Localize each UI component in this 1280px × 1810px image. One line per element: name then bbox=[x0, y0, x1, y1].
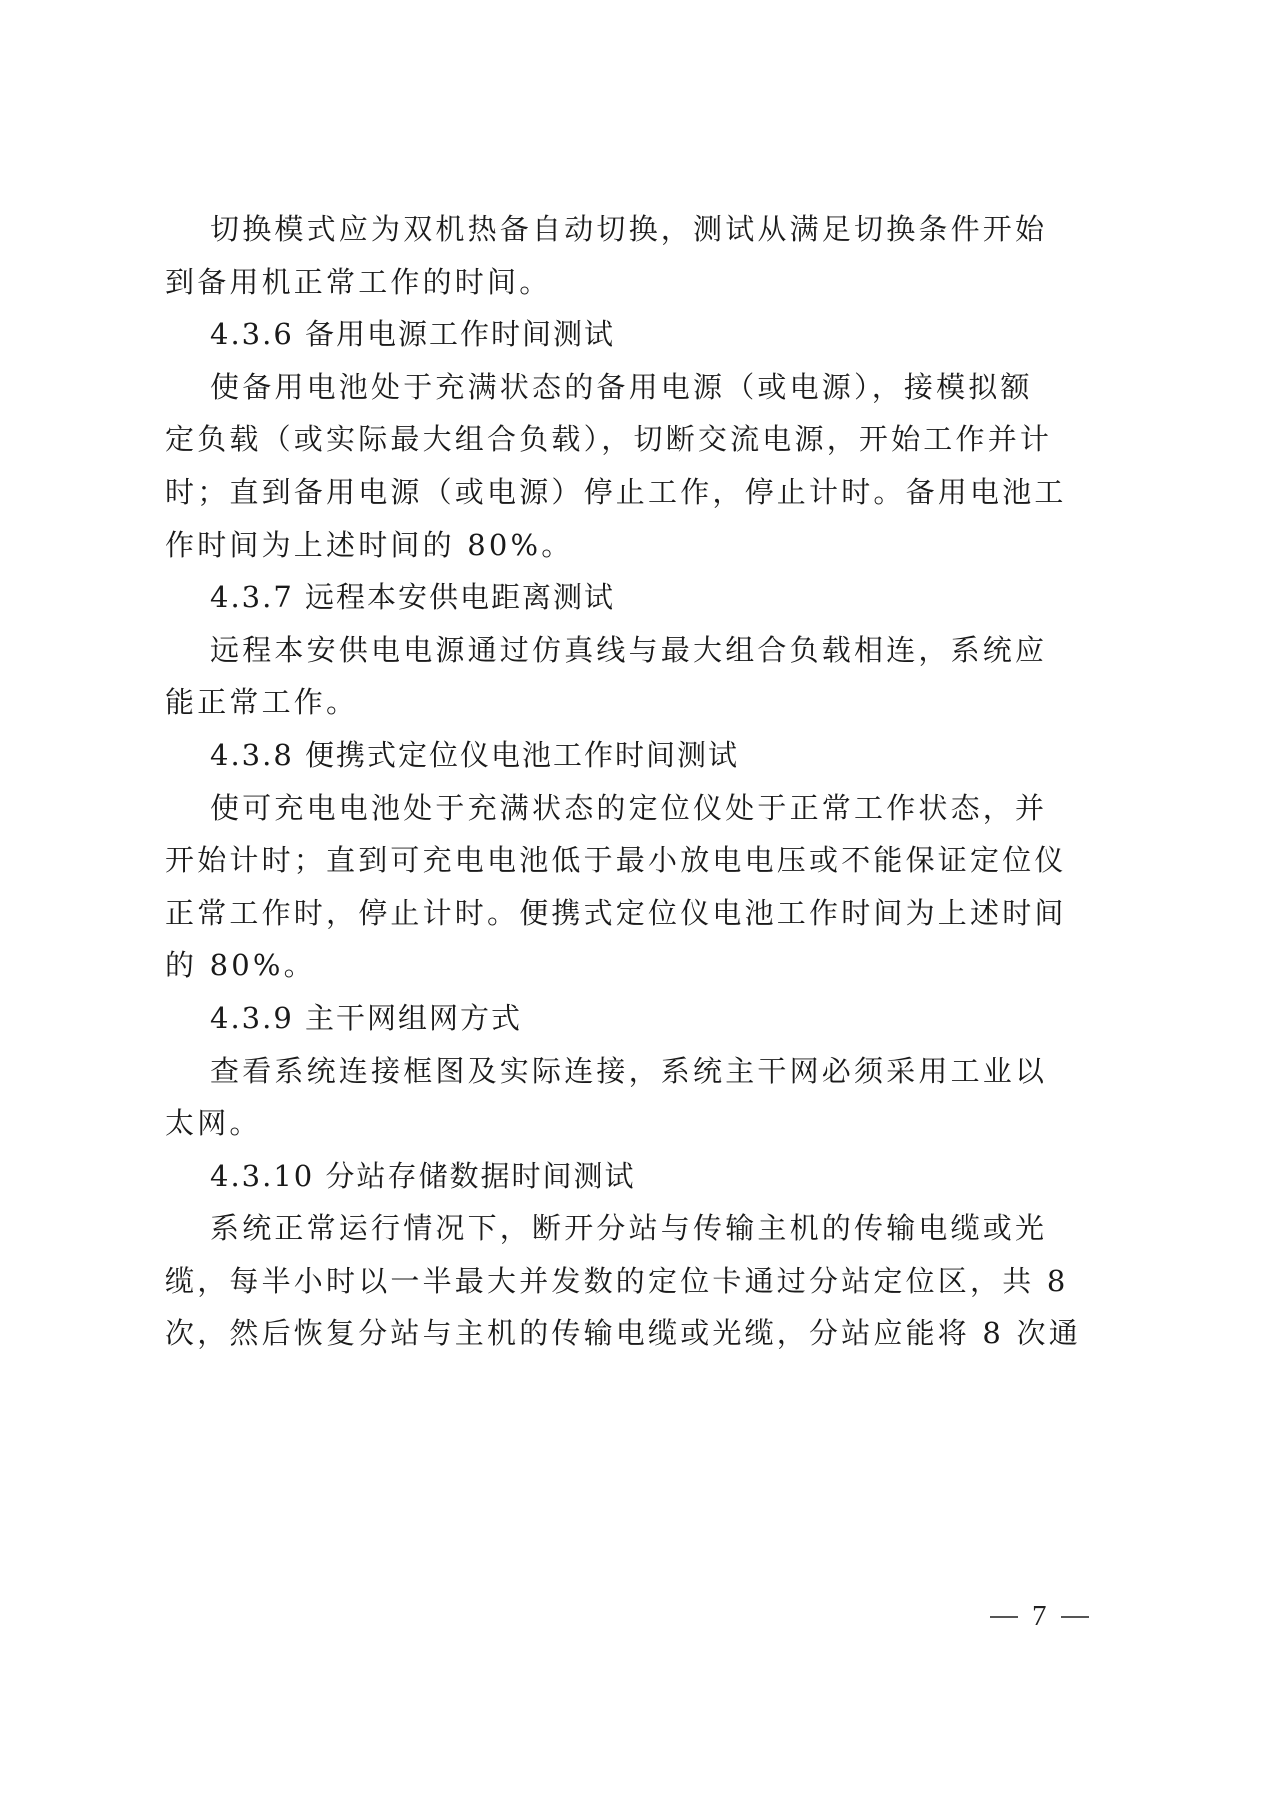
paragraph-line: 查看系统连接框图及实际连接，系统主干网必须采用工业以 bbox=[165, 1045, 975, 1098]
paragraph-line: 作时间为上述时间的 80%。 bbox=[165, 519, 975, 572]
document-page: 切换模式应为双机热备自动切换，测试从满足切换条件开始 到备用机正常工作的时间。 … bbox=[0, 0, 1280, 1810]
section-heading-4-3-6: 4.3.6 备用电源工作时间测试 bbox=[165, 308, 975, 361]
paragraph-line: 系统正常运行情况下，断开分站与传输主机的传输电缆或光 bbox=[165, 1202, 975, 1255]
paragraph-line: 开始计时；直到可充电电池低于最小放电电压或不能保证定位仪 bbox=[165, 834, 975, 887]
page-number-dash-left bbox=[990, 1616, 1018, 1618]
paragraph-line: 切换模式应为双机热备自动切换，测试从满足切换条件开始 bbox=[165, 203, 975, 256]
paragraph-line: 太网。 bbox=[165, 1097, 975, 1150]
paragraph-line: 到备用机正常工作的时间。 bbox=[165, 256, 975, 309]
paragraph-line: 远程本安供电电源通过仿真线与最大组合负载相连，系统应 bbox=[165, 624, 975, 677]
paragraph-line: 定负载（或实际最大组合负载），切断交流电源，开始工作并计 bbox=[165, 413, 975, 466]
paragraph-line: 次，然后恢复分站与主机的传输电缆或光缆，分站应能将 8 次通 bbox=[165, 1307, 975, 1360]
document-body: 切换模式应为双机热备自动切换，测试从满足切换条件开始 到备用机正常工作的时间。 … bbox=[165, 203, 975, 1360]
paragraph-line: 使备用电池处于充满状态的备用电源（或电源），接模拟额 bbox=[165, 361, 975, 414]
page-number: 7 bbox=[1032, 1600, 1047, 1633]
page-number-footer: 7 bbox=[990, 1600, 1089, 1633]
paragraph-line: 使可充电电池处于充满状态的定位仪处于正常工作状态，并 bbox=[165, 782, 975, 835]
paragraph-line: 的 80%。 bbox=[165, 939, 975, 992]
paragraph-line: 缆，每半小时以一半最大并发数的定位卡通过分站定位区，共 8 bbox=[165, 1255, 975, 1308]
section-heading-4-3-8: 4.3.8 便携式定位仪电池工作时间测试 bbox=[165, 729, 975, 782]
section-heading-4-3-9: 4.3.9 主干网组网方式 bbox=[165, 992, 975, 1045]
paragraph-line: 正常工作时，停止计时。便携式定位仪电池工作时间为上述时间 bbox=[165, 887, 975, 940]
paragraph-line: 能正常工作。 bbox=[165, 676, 975, 729]
page-number-dash-right bbox=[1061, 1616, 1089, 1618]
paragraph-line: 时；直到备用电源（或电源）停止工作，停止计时。备用电池工 bbox=[165, 466, 975, 519]
section-heading-4-3-7: 4.3.7 远程本安供电距离测试 bbox=[165, 571, 975, 624]
section-heading-4-3-10: 4.3.10 分站存储数据时间测试 bbox=[165, 1150, 975, 1203]
